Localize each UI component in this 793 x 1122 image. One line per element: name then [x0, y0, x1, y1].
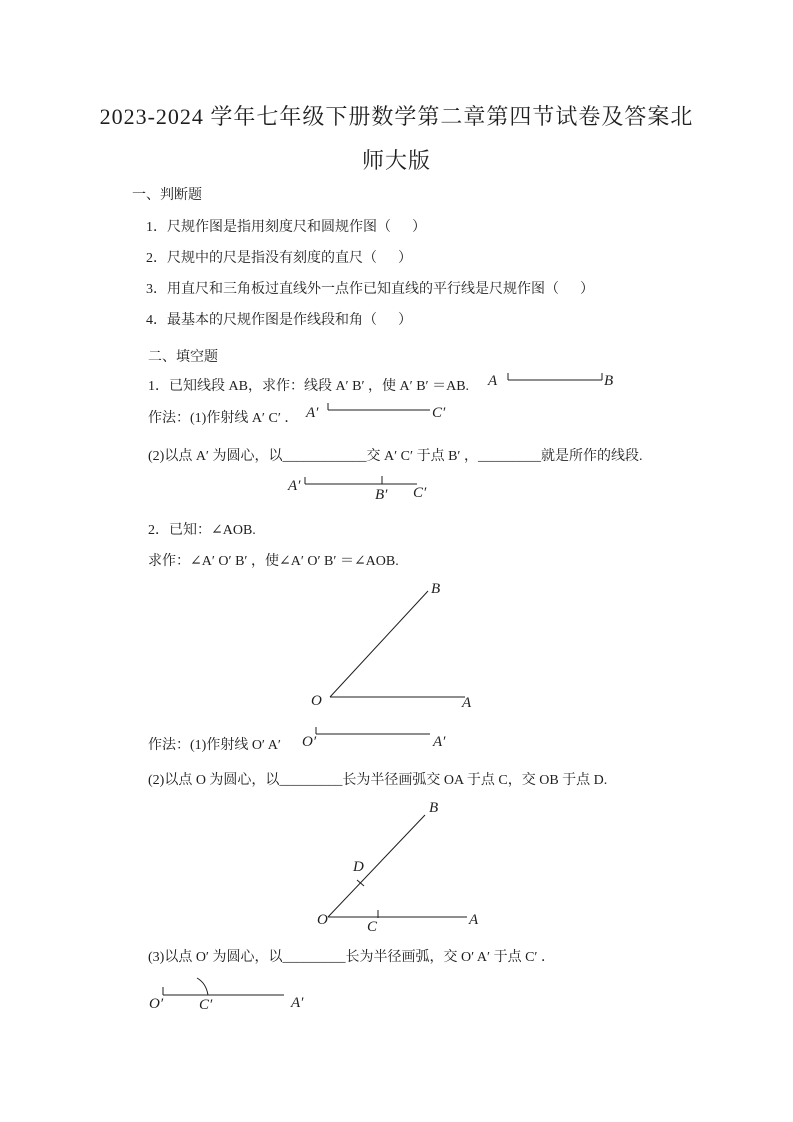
fill-q2-goal: 求作：∠A′ O′ B′ ，使∠A′ O′ B′ ＝∠AOB. — [148, 552, 399, 571]
judgement-item-3: 3．用直尺和三角板过直线外一点作已知直线的平行线是尺规作图（ ） — [146, 280, 594, 299]
fill-q2-method-step2: (2)以点 O 为圆心，以_________长为半径画弧交 OA 于点 C，交 … — [148, 771, 607, 790]
fill-q1-method-step2: (2)以点 A′ 为圆心，以____________交 A′ C′ 于点 B′ … — [148, 447, 642, 466]
diagram-ray-O1C1A1: O′ C′ A′ — [145, 975, 325, 1017]
page-title-line1: 2023-2024 学年七年级下册数学第二章第四节试卷及答案北 — [0, 100, 793, 131]
point-label-D: D — [352, 859, 364, 875]
worksheet-page: 2023-2024 学年七年级下册数学第二章第四节试卷及答案北 师大版 一、判断… — [0, 0, 793, 1122]
point-label-C-prime: C′ — [413, 485, 427, 501]
diagram-ray-A1C1: A′ C′ — [306, 396, 466, 424]
judgement-item-1: 1．尺规作图是指用刻度尺和圆规作图（ ） — [146, 218, 426, 237]
fill-q2-known: 2．已知：∠AOB. — [148, 521, 256, 540]
point-label-A-prime: A′ — [432, 734, 446, 750]
point-label-A-prime: A′ — [290, 995, 304, 1011]
diagram-segment-AB: A B — [486, 362, 620, 392]
diagram-angle-AOB: O A B — [298, 578, 490, 716]
point-label-C: C — [367, 919, 378, 935]
point-label-A: A — [461, 695, 472, 711]
vertex-label-O: O — [317, 912, 328, 928]
point-label-A-prime: A′ — [287, 478, 301, 494]
compass-arc-at-C-prime — [197, 978, 208, 995]
point-label-A-prime: A′ — [305, 405, 319, 421]
fill-q1-stem: 1．已知线段 AB，求作：线段 A′ B′ ，使 A′ B′ ＝AB. — [148, 377, 469, 396]
point-label-A: A — [487, 373, 498, 389]
point-label-A: A — [468, 912, 479, 928]
point-label-B: B — [431, 581, 440, 597]
section-fill-heading: 二、填空题 — [148, 348, 218, 367]
fill-q1-method-step1: 作法：(1)作射线 A′ C′ ． — [148, 409, 298, 428]
diagram-segment-A1B1C1: A′ B′ C′ — [286, 468, 438, 502]
judgement-item-4: 4．最基本的尺规作图是作线段和角（ ） — [146, 311, 412, 330]
diagram-angle-AOB-marked: D C O A B — [303, 793, 493, 938]
point-label-B-prime: B′ — [375, 487, 388, 503]
section-judgement-heading: 一、判断题 — [132, 186, 202, 205]
point-label-O-prime: O′ — [302, 734, 317, 750]
fill-q2-method-step1: 作法：(1)作射线 O′ A′ — [148, 736, 281, 755]
diagram-ray-O1A1: O′ A′ — [300, 724, 460, 754]
fill-q2-method-step3: (3)以点 O′ 为圆心，以_________长为半径画弧，交 O′ A′ 于点… — [148, 948, 555, 967]
point-label-C-prime: C′ — [199, 997, 213, 1013]
judgement-item-2: 2．尺规中的尺是指没有刻度的直尺（ ） — [146, 249, 412, 268]
point-label-B: B — [604, 373, 613, 389]
point-label-B: B — [429, 800, 438, 816]
page-title-line2: 师大版 — [0, 144, 793, 175]
vertex-label-O: O — [311, 693, 322, 709]
diagonal-ray-OB — [328, 815, 425, 917]
point-label-O-prime: O′ — [149, 996, 164, 1012]
point-label-C-prime: C′ — [432, 405, 446, 421]
diagonal-ray-OB — [330, 591, 428, 697]
